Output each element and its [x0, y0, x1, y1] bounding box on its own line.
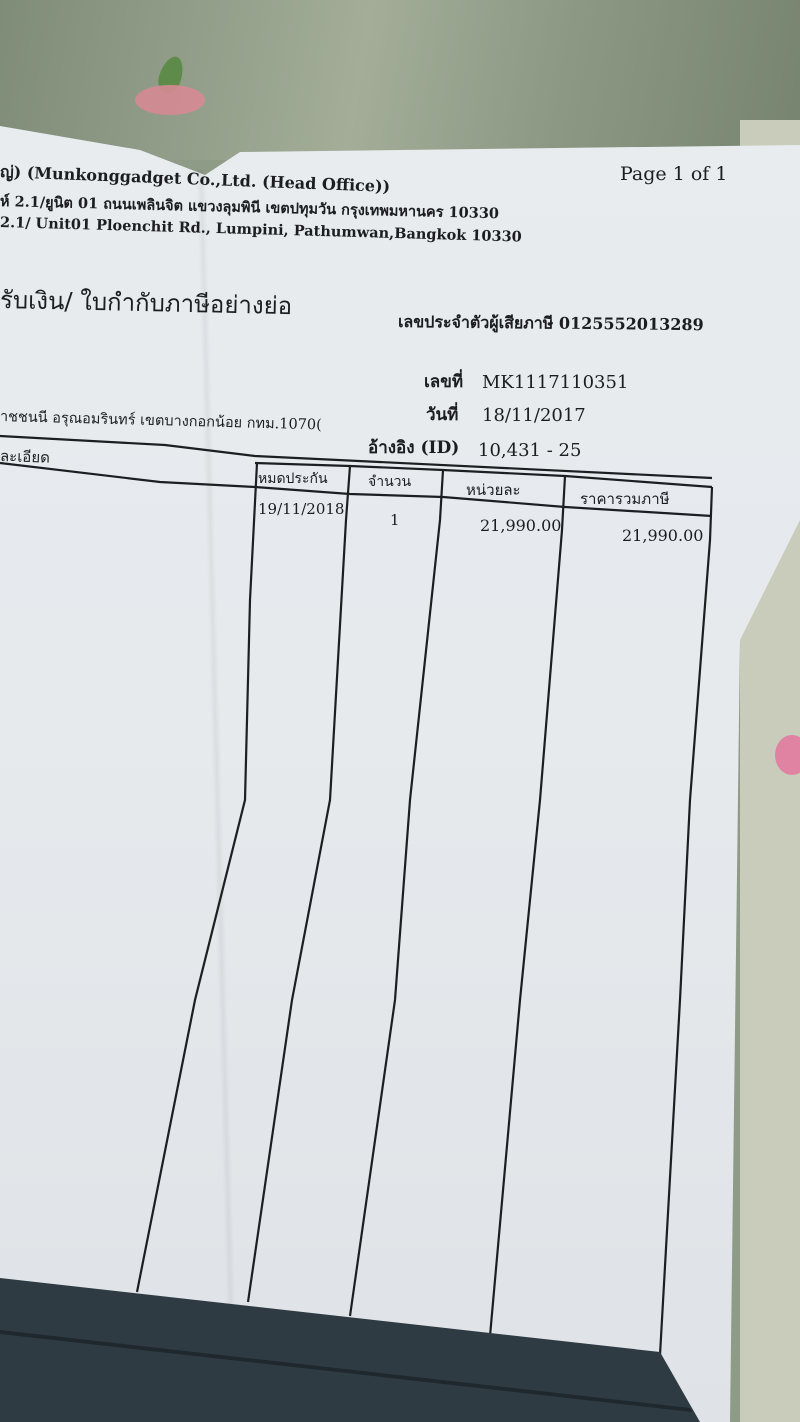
row-total-incl-tax: 21,990.00 — [622, 526, 703, 545]
row-unit-price: 21,990.00 — [480, 516, 561, 535]
column-header-quantity: จำนวน — [368, 471, 411, 493]
row-quantity: 1 — [390, 511, 400, 529]
row-warranty-expiry: 19/11/2018 — [258, 500, 344, 518]
column-header-warranty-expiry: หมดประกัน — [258, 468, 328, 490]
description-column-header: ละเอียด — [0, 444, 50, 470]
table-grid-lines — [0, 0, 800, 1422]
column-header-total-incl-tax: ราคารวมภาษี — [580, 487, 670, 511]
column-header-unit-price: หน่วยละ — [466, 478, 521, 502]
